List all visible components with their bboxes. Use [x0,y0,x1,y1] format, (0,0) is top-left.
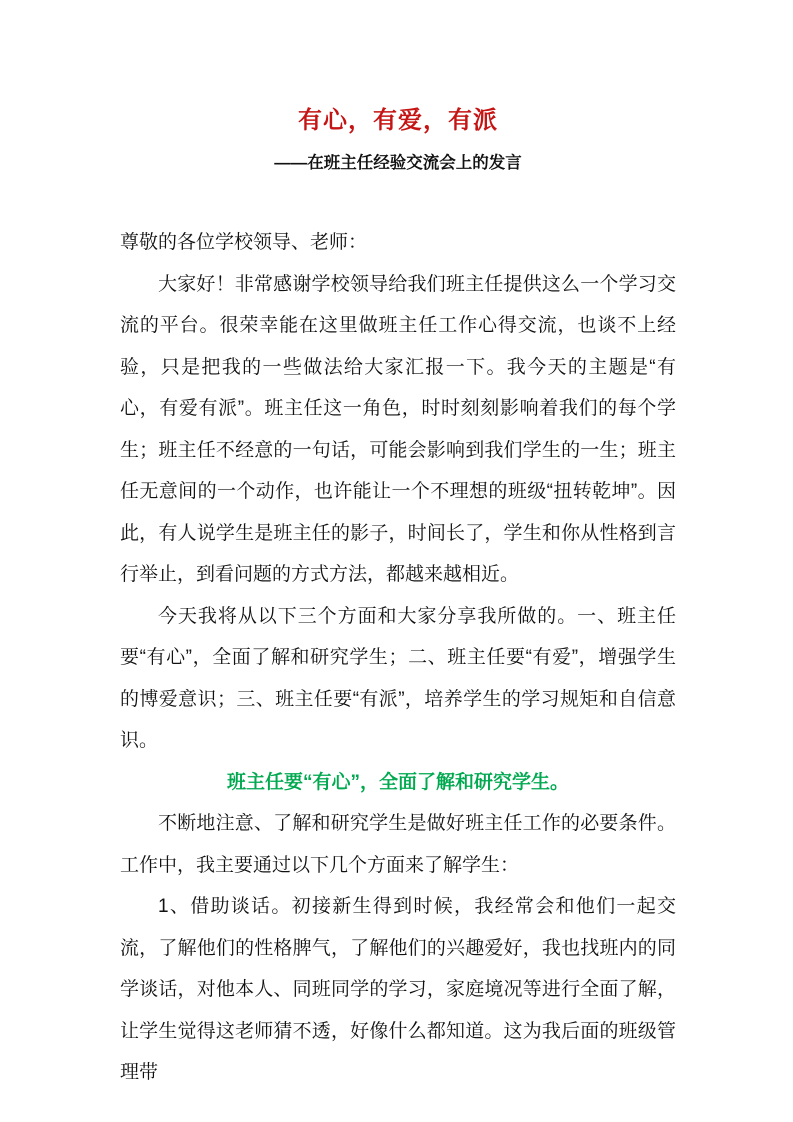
document-body: 尊敬的各位学校领导、老师：大家好！非常感谢学校领导给我们班主任提供这么一个学习交… [120,222,676,1094]
document-subtitle: ——在班主任经验交流会上的发言 [120,151,676,176]
paragraph: 尊敬的各位学校领导、老师： [120,222,676,264]
paragraph: 1、借助谈话。初接新生得到时候，我经常会和他们一起交流，了解他们的性格脾气，了解… [120,886,676,1094]
section-heading: 班主任要“有心”，全面了解和研究学生。 [120,762,676,804]
paragraph: 今天我将从以下三个方面和大家分享我所做的。一、班主任要“有心”，全面了解和研究学… [120,596,676,762]
document-title: 有心，有爱，有派 [120,108,676,134]
document-page: 有心，有爱，有派 ——在班主任经验交流会上的发言 尊敬的各位学校领导、老师：大家… [0,0,793,1122]
paragraph: 大家好！非常感谢学校领导给我们班主任提供这么一个学习交流的平台。很荣幸能在这里做… [120,264,676,596]
paragraph: 不断地注意、了解和研究学生是做好班主任工作的必要条件。工作中，我主要通过以下几个… [120,803,676,886]
